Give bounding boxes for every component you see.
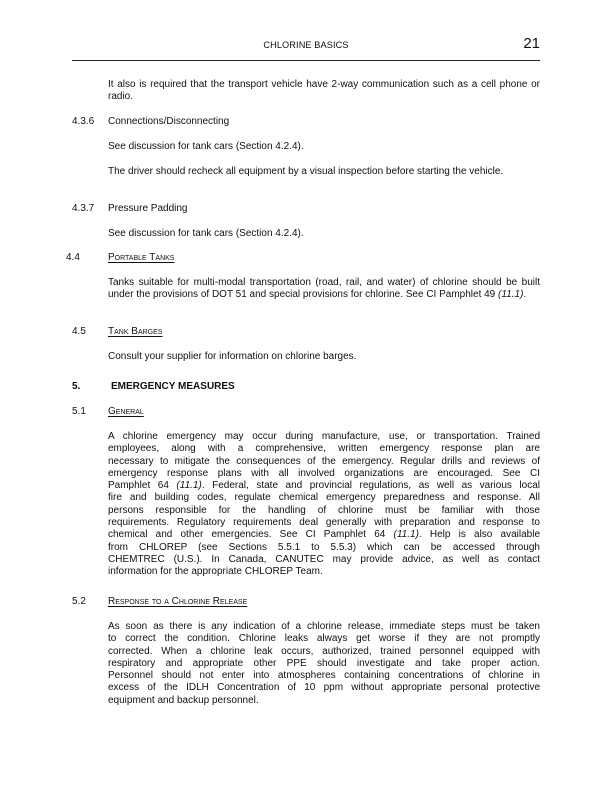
paragraph-line: from CHLOREP (see Sections 5.5.1 to 5.5.… <box>108 542 540 554</box>
section-title-4-5: Tank Barges <box>108 326 162 338</box>
paragraph-line: employees, along with a comprehensive, w… <box>108 443 540 455</box>
paragraph-5-2: As soon as there is any indication of a … <box>108 621 540 707</box>
page-number: 21 <box>523 35 540 52</box>
paragraph-4-3-7: See discussion for tank cars (Section 4.… <box>108 228 540 240</box>
paragraph-line: As soon as there is any indication of a … <box>108 621 540 633</box>
paragraph-line: information for the appropriate CHLOREP … <box>108 566 540 578</box>
paragraph-4-5: Consult your supplier for information on… <box>108 351 540 363</box>
paragraph-4-4-end: . <box>523 289 526 300</box>
reference-citation: (11.1) <box>498 289 523 300</box>
header-rule <box>72 60 540 61</box>
paragraph-4-4: Tanks suitable for multi-modal transport… <box>108 277 540 302</box>
section-title-4-3-7: Pressure Padding <box>108 203 188 215</box>
paragraph-line: requirements. Regulatory requirements de… <box>108 517 540 529</box>
section-number-4-5: 4.5 <box>72 326 86 338</box>
paragraph-line: to correct the condition. Chlorine leaks… <box>108 633 540 645</box>
paragraph-line: chemical and other emergencies. See CI P… <box>108 529 540 541</box>
section-number-4-3-7: 4.3.7 <box>72 203 94 215</box>
section-title-5-2: Response to a Chlorine Release <box>108 596 247 608</box>
paragraph-4-4-text: Tanks suitable for multi-modal transport… <box>108 277 540 300</box>
chapter-number-5: 5. <box>72 381 80 393</box>
paragraph-line: emergency response plans with all involv… <box>108 468 540 480</box>
reference-citation: (11.1) <box>394 529 419 540</box>
section-title-4-4: Portable Tanks <box>108 252 174 264</box>
paragraph-5-1: A chlorine emergency may occur during ma… <box>108 431 540 579</box>
document-page: CHLORINE BASICS 21 It also is required t… <box>0 0 612 792</box>
paragraph-line: Personnel should not enter into atmosphe… <box>108 670 540 682</box>
section-number-4-3-6: 4.3.6 <box>72 116 94 128</box>
paragraph-line: A chlorine emergency may occur during ma… <box>108 431 540 443</box>
paragraph-4-3-6-a: See discussion for tank cars (Section 4.… <box>108 141 540 153</box>
paragraph-line: equipment and backup personnel. <box>108 695 540 707</box>
section-title-5-1: General <box>108 406 144 418</box>
intro-paragraph: It also is required that the transport v… <box>108 79 540 104</box>
paragraph-line: persons responsible for the handling of … <box>108 505 540 517</box>
paragraph-line: excess of the IDLH Concentration of 10 p… <box>108 682 540 694</box>
section-number-5-1: 5.1 <box>72 406 86 418</box>
paragraph-4-3-6-b: The driver should recheck all equipment … <box>108 166 540 178</box>
section-title-4-3-6: Connections/Disconnecting <box>108 116 229 128</box>
paragraph-line: CHEMTREC (U.S.). In Canada, CANUTEC may … <box>108 554 540 566</box>
reference-citation: (11.1) <box>176 480 201 491</box>
paragraph-line: respiratory and appropriate other PPE sh… <box>108 658 540 670</box>
section-number-5-2: 5.2 <box>72 596 86 608</box>
paragraph-line: Pamphlet 64 (11.1). Federal, state and p… <box>108 480 540 492</box>
section-number-4-4: 4.4 <box>66 252 80 264</box>
chapter-title-5: EMERGENCY MEASURES <box>111 381 235 393</box>
running-header-title: CHLORINE BASICS <box>0 40 612 50</box>
paragraph-line: fire and building codes, regulate chemic… <box>108 492 540 504</box>
paragraph-line: necessary to mitigate the consequences o… <box>108 456 540 468</box>
paragraph-line: corrected. When a chlorine leak occurs, … <box>108 646 540 658</box>
